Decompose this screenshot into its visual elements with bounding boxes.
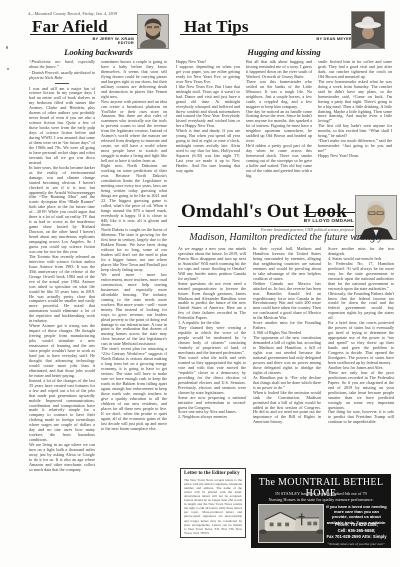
hat-tips-column-1-text: Happy New Year! I suppose, depending on … bbox=[176, 60, 240, 174]
letter-policy-box: Letter to the Editor policy The New Town… bbox=[180, 468, 246, 538]
bethel-home-ad: The MOUNTRAIL BETHEL HOME IN STANLEY has… bbox=[251, 474, 391, 548]
far-afield-column-1: “Predictions are hard, especially about … bbox=[29, 60, 95, 543]
hat-tips-column-2-text: But all that talk about hugging and kiss… bbox=[246, 60, 312, 179]
omdahl-column-2: In their crystal ball, Madison and Hamil… bbox=[253, 247, 321, 462]
letter-policy-title: Letter to the Editor policy bbox=[184, 471, 242, 476]
far-afield-column-2: sometimes knows a couple is going to hav… bbox=[101, 60, 167, 543]
hat-tips-column-1: Happy New Year! I suppose, depending on … bbox=[176, 60, 240, 195]
hat-tips-byline: BY DEAN MEYER bbox=[240, 37, 352, 42]
omdahl-column-3-text: Score another miss for the two demigods.… bbox=[328, 247, 394, 425]
omdahl-subhead: Madison, Hamilton predicted the future w… bbox=[178, 232, 394, 243]
pull-quote-attribution: - Danish Proverb, usually attributed to … bbox=[29, 71, 95, 81]
omdahl-column-1: As we engage a new year, our minds specu… bbox=[178, 247, 246, 462]
bethel-ad-line1: IN STANLEY has been recently ranked 6th … bbox=[251, 491, 391, 496]
far-afield-column-1-text: I was and still am a major fan of scienc… bbox=[29, 87, 95, 473]
omdahl-headline-rule bbox=[303, 212, 356, 213]
far-afield-subhead: Looking backwards bbox=[30, 47, 167, 57]
far-afield-column-2-text: sometimes knows a couple is going to hav… bbox=[101, 60, 167, 431]
page-folio: 4—Mountrail County Record, Friday, Jan. … bbox=[28, 11, 117, 16]
omdahl-column-3: Score another miss for the two demigods.… bbox=[328, 247, 394, 471]
omdahl-column-2-text: In their crystal ball, Madison and Hamil… bbox=[253, 247, 321, 425]
hat-tips-column-3-text: smile. Invited him in for coffee and som… bbox=[318, 60, 392, 159]
scan-speck bbox=[7, 68, 9, 70]
bethel-ad-line2: Nursing Homes in the state for quality m… bbox=[251, 497, 391, 502]
divider bbox=[55, 83, 69, 84]
letter-policy-body: The New Town News accepts letters to the… bbox=[184, 478, 242, 536]
omdahl-byline: BY LLOYD OMDAHL bbox=[200, 219, 354, 225]
jerry-kram-photo bbox=[138, 15, 168, 48]
hat-tips-subhead: Hugging and kissing bbox=[176, 47, 392, 57]
bethel-ad-tagline: “Nobody takes care of you like your own” bbox=[323, 542, 389, 546]
hat-tips-column-2: But all that talk about hugging and kiss… bbox=[246, 60, 312, 195]
hat-tips-column-3: smile. Invited him in for coffee and som… bbox=[318, 60, 392, 195]
scan-speck bbox=[6, 46, 8, 49]
dean-meyer-photo bbox=[352, 12, 384, 48]
bethel-ad-phones: Phone: 701-628-1405; Cell: 936-365-5658;… bbox=[326, 522, 387, 540]
pull-quote: “Predictions are hard, especially about … bbox=[29, 60, 95, 70]
far-afield-byline: BY JERRY W. KRAM EDITOR bbox=[30, 37, 134, 47]
omdahl-column-1-text: As we engage a new year, our minds specu… bbox=[178, 247, 246, 420]
omdahl-byline-rule bbox=[178, 226, 354, 227]
bethel-home-photo bbox=[258, 504, 324, 543]
newspaper-page: 4—Mountrail County Record, Friday, Jan. … bbox=[0, 0, 400, 567]
